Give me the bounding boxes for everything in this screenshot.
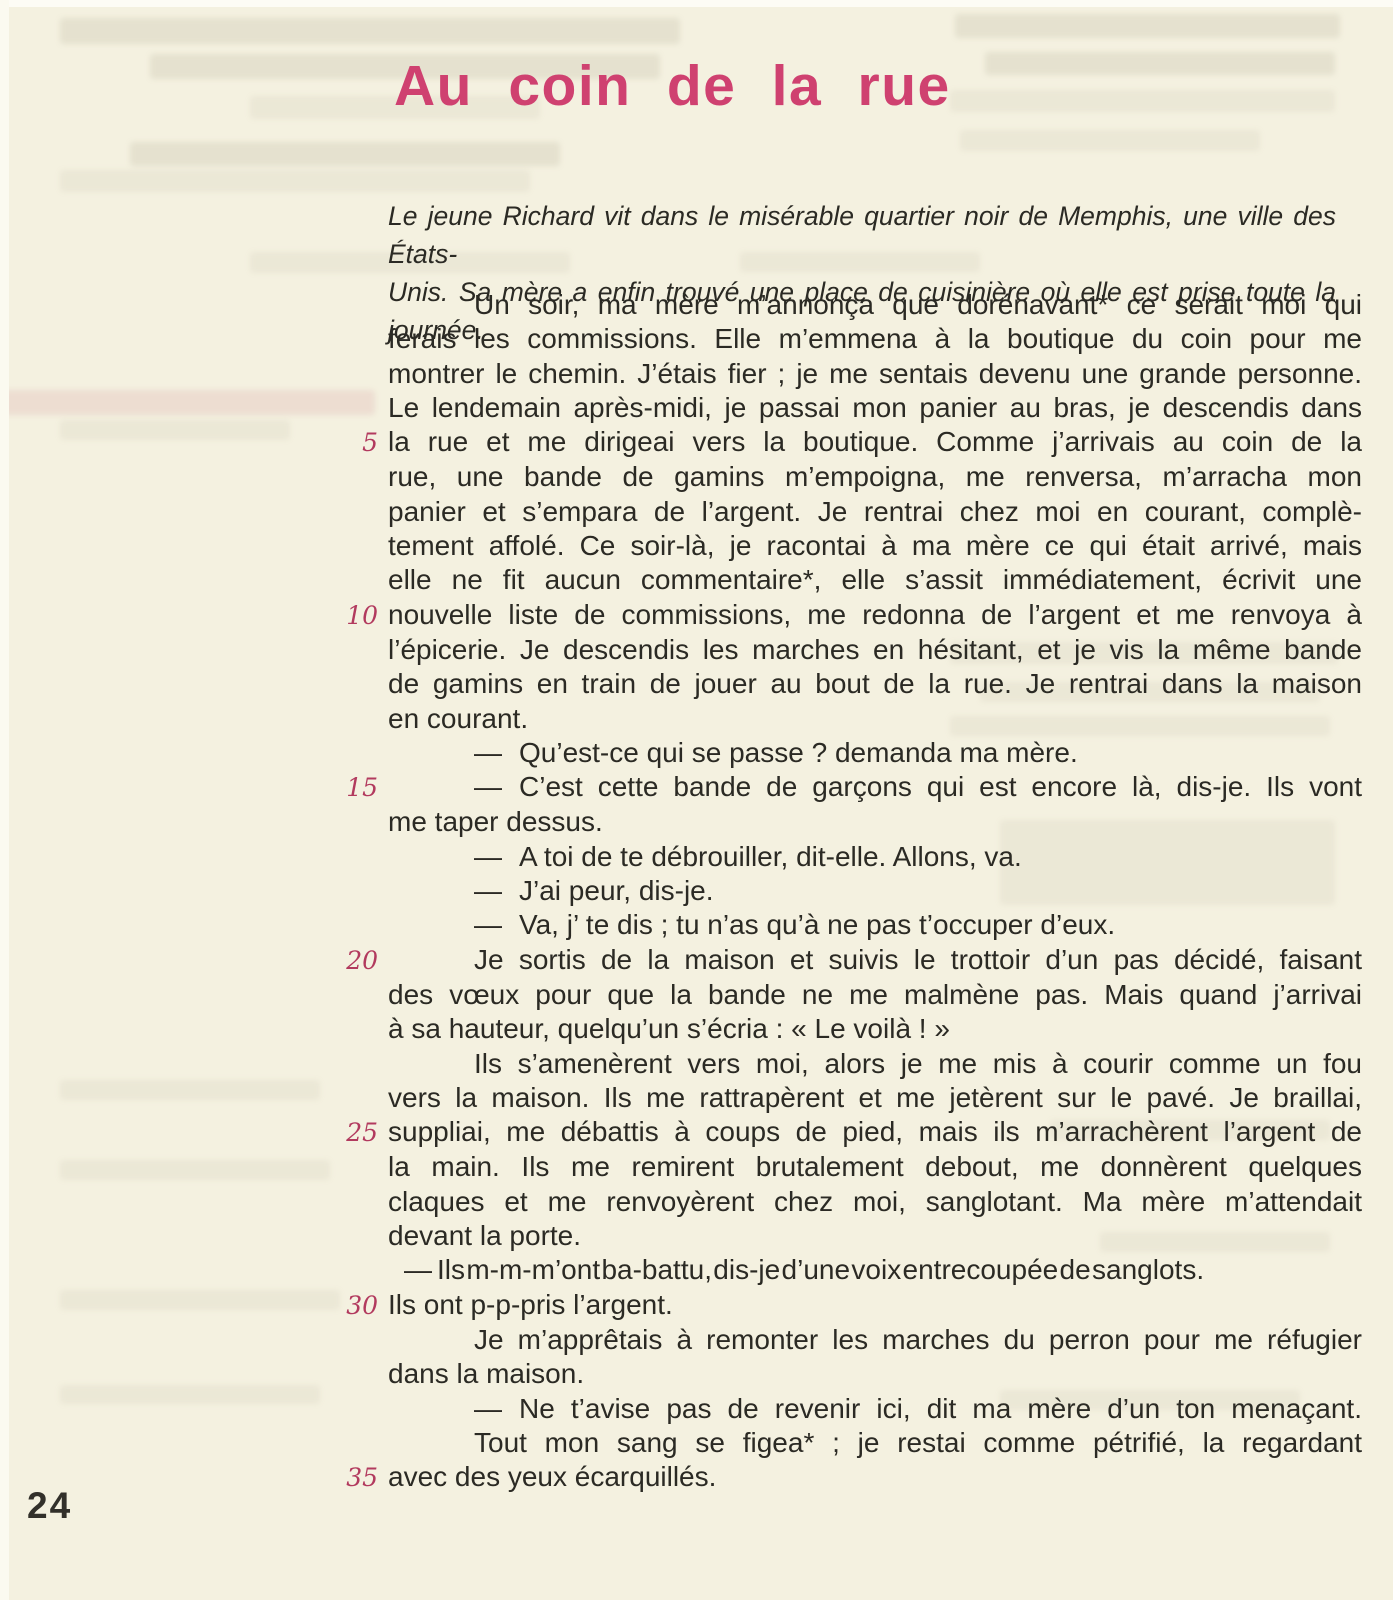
text-line-content: —Ils m-m-m’ont ba-battu, dis-je d’une vo… (388, 1253, 1362, 1287)
text-line-content: en courant. (388, 702, 1362, 736)
text-line-content: Je sortis de la maison et suivis le trot… (388, 943, 1362, 977)
showthrough-ghost (960, 130, 1260, 151)
text-line: claques et me renvoyèrent chez moi, sang… (332, 1185, 1362, 1219)
text-line-content: l’épicerie. Je descendis les marches en … (388, 633, 1362, 667)
text-line: Un soir, ma mère m’annonça que dorénavan… (332, 288, 1362, 322)
text-line: 35avec des yeux écarquillés. (332, 1460, 1362, 1495)
page-title: Au coin de la rue (394, 53, 951, 119)
dialogue-dash: — (474, 909, 502, 940)
showthrough-ghost (60, 18, 680, 44)
text-line-content: Le lendemain après-midi, je passai mon p… (388, 391, 1362, 425)
showthrough-ghost (0, 390, 375, 415)
text-line: Le lendemain après-midi, je passai mon p… (332, 391, 1362, 425)
text-line-content: avec des yeux écarquillés. (388, 1460, 1362, 1494)
text-line-content: de gamins en train de jouer au bout de l… (388, 667, 1362, 701)
text-line: —A toi de te débrouiller, dit-elle. Allo… (332, 840, 1362, 874)
text-line-content: —A toi de te débrouiller, dit-elle. Allo… (388, 840, 1362, 874)
text-line: montrer le chemin. J’étais fier ; je me … (332, 357, 1362, 391)
text-line-content: tement affolé. Ce soir-là, je racontai à… (388, 529, 1362, 563)
text-line: rue, une bande de gamins m’empoigna, me … (332, 460, 1362, 494)
showthrough-ghost (955, 14, 1340, 38)
text-line: Tout mon sang se figea* ; je restai comm… (332, 1426, 1362, 1460)
line-number: 25 (332, 1116, 388, 1150)
text-line-content: rue, une bande de gamins m’empoigna, me … (388, 460, 1362, 494)
text-line-content: à sa hauteur, quelqu’un s’écria : « Le v… (388, 1012, 1362, 1046)
showthrough-ghost (60, 1385, 320, 1404)
text-line-content: Un soir, ma mère m’annonça que dorénavan… (388, 288, 1362, 322)
text-line: 5la rue et me dirigeai vers la boutique.… (332, 425, 1362, 460)
scan-edge-left (0, 0, 9, 1600)
showthrough-ghost (60, 170, 530, 192)
text-line: ferais les commissions. Elle m’emmena à … (332, 322, 1362, 356)
text-line: de gamins en train de jouer au bout de l… (332, 667, 1362, 701)
text-line-content: —J’ai peur, dis-je. (388, 874, 1362, 908)
text-lines: Un soir, ma mère m’annonça que dorénavan… (332, 288, 1362, 1495)
text-line-content: Ils s’amenèrent vers moi, alors je me mi… (388, 1047, 1362, 1081)
dialogue-dash: — (474, 841, 502, 872)
text-line-content: des vœux pour que la bande ne me malmène… (388, 978, 1362, 1012)
showthrough-ghost (60, 1080, 320, 1100)
text-line: Je m’apprêtais à remonter les marches du… (332, 1323, 1362, 1357)
text-line: Ils s’amenèrent vers moi, alors je me mi… (332, 1047, 1362, 1081)
text-line-content: Ils ont p-p-pris l’argent. (388, 1288, 1362, 1322)
text-line-content: panier et s’empara de l’argent. Je rentr… (388, 495, 1362, 529)
text-line: en courant. (332, 702, 1362, 736)
text-line-content: me taper dessus. (388, 805, 1362, 839)
text-line: —Ne t’avise pas de revenir ici, dit ma m… (332, 1392, 1362, 1426)
text-line: —Qu’est-ce qui se passe ? demanda ma mèr… (332, 736, 1362, 770)
line-number: 15 (332, 771, 388, 805)
text-line-content: dans la maison. (388, 1357, 1362, 1391)
text-line-content: —Qu’est-ce qui se passe ? demanda ma mèr… (388, 736, 1362, 770)
dialogue-dash: — (404, 1254, 432, 1285)
text-line: vers la maison. Ils me rattrapèrent et m… (332, 1081, 1362, 1115)
text-line: la main. Ils me remirent brutalement deb… (332, 1150, 1362, 1184)
dialogue-dash: — (474, 737, 502, 768)
text-line: tement affolé. Ce soir-là, je racontai à… (332, 529, 1362, 563)
text-line: 15—C’est cette bande de garçons qui est … (332, 770, 1362, 805)
line-number: 35 (332, 1461, 388, 1495)
text-line-content: elle ne fit aucun commentaire*, elle s’a… (388, 563, 1362, 597)
text-line: des vœux pour que la bande ne me malmène… (332, 978, 1362, 1012)
text-line-content: Tout mon sang se figea* ; je restai comm… (388, 1426, 1362, 1460)
text-line: —Va, j’ te dis ; tu n’as qu’à ne pas t’o… (332, 908, 1362, 942)
text-line-content: devant la porte. (388, 1219, 1362, 1253)
textbook-page: Au coin de la rue Le jeune Richard vit d… (0, 0, 1393, 1600)
line-number: 5 (332, 426, 388, 460)
intro-line: Le jeune Richard vit dans le misérable q… (388, 197, 1336, 273)
text-line: l’épicerie. Je descendis les marches en … (332, 633, 1362, 667)
text-line: 10nouvelle liste de commissions, me redo… (332, 598, 1362, 633)
line-number: 30 (332, 1289, 388, 1323)
text-line: 25suppliai, me débattis à coups de pied,… (332, 1115, 1362, 1150)
text-line-content: —Va, j’ te dis ; tu n’as qu’à ne pas t’o… (388, 908, 1362, 942)
text-line: —J’ai peur, dis-je. (332, 874, 1362, 908)
text-line-content: Je m’apprêtais à remonter les marches du… (388, 1323, 1362, 1357)
dialogue-dash: — (474, 875, 502, 906)
showthrough-ghost (60, 1290, 340, 1310)
text-line: à sa hauteur, quelqu’un s’écria : « Le v… (332, 1012, 1362, 1046)
text-line-content: —C’est cette bande de garçons qui est en… (388, 770, 1362, 804)
showthrough-ghost (60, 420, 290, 440)
showthrough-ghost (985, 52, 1335, 75)
text-line-content: —Ne t’avise pas de revenir ici, dit ma m… (388, 1392, 1362, 1426)
line-number: 20 (332, 944, 388, 978)
line-number: 10 (332, 599, 388, 633)
text-line-content: claques et me renvoyèrent chez moi, sang… (388, 1185, 1362, 1219)
text-line: 20Je sortis de la maison et suivis le tr… (332, 943, 1362, 978)
text-line-content: vers la maison. Ils me rattrapèrent et m… (388, 1081, 1362, 1115)
text-line: elle ne fit aucun commentaire*, elle s’a… (332, 563, 1362, 597)
dialogue-dash: — (474, 1393, 502, 1424)
text-line-content: la rue et me dirigeai vers la boutique. … (388, 425, 1362, 459)
page-number: 24 (27, 1485, 72, 1527)
text-line: dans la maison. (332, 1357, 1362, 1391)
text-line-content: ferais les commissions. Elle m’emmena à … (388, 322, 1362, 356)
text-line: me taper dessus. (332, 805, 1362, 839)
scan-edge-top (0, 0, 1393, 7)
text-line-content: montrer le chemin. J’étais fier ; je me … (388, 357, 1362, 391)
text-line-content: suppliai, me débattis à coups de pied, m… (388, 1115, 1362, 1149)
text-line: devant la porte. (332, 1219, 1362, 1253)
text-line-content: nouvelle liste de commissions, me redonn… (388, 598, 1362, 632)
text-line: panier et s’empara de l’argent. Je rentr… (332, 495, 1362, 529)
showthrough-ghost (130, 142, 560, 166)
dialogue-dash: — (474, 771, 502, 802)
text-line: 30Ils ont p-p-pris l’argent. (332, 1288, 1362, 1323)
text-line-content: la main. Ils me remirent brutalement deb… (388, 1150, 1362, 1184)
showthrough-ghost (950, 90, 1335, 112)
text-line: —Ils m-m-m’ont ba-battu, dis-je d’une vo… (332, 1253, 1362, 1287)
showthrough-ghost (60, 1160, 330, 1180)
